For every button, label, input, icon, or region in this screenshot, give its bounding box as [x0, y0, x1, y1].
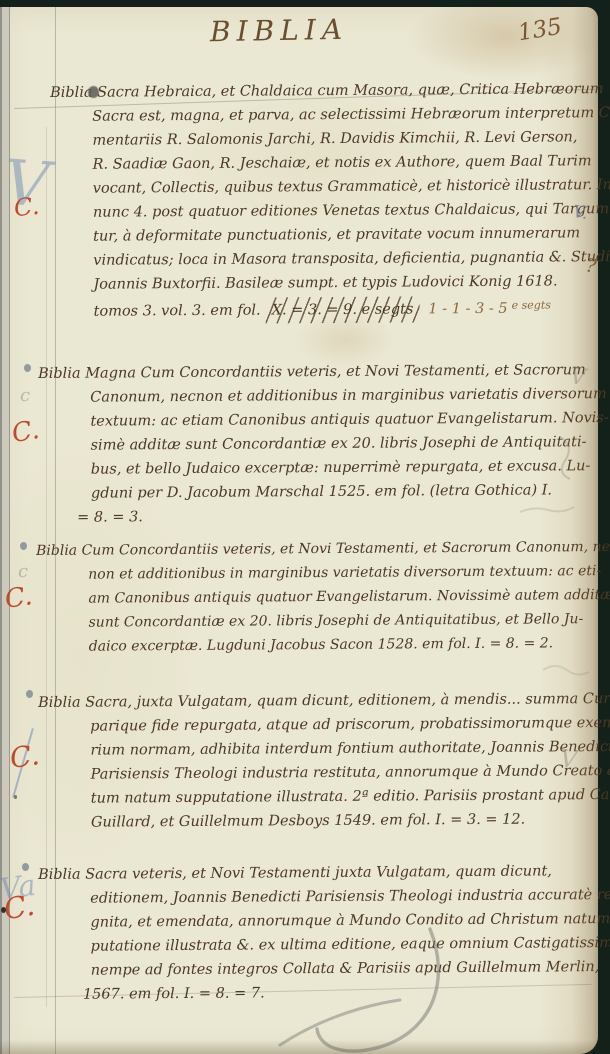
entry-price-line: = 8. = 3. — [39, 502, 609, 530]
page-bottom-edge-shading — [0, 1040, 598, 1054]
catalog-entry-3: Biblia Cum Concordantiis veteris, et Nov… — [36, 535, 610, 659]
red-c-annotation: C. — [2, 891, 37, 925]
manuscript-page: BIBLIA 135 Biblia Sacra Hebraica, et Cha… — [0, 7, 598, 1054]
entry-marker-dot — [20, 542, 27, 550]
ink-speck — [14, 795, 17, 799]
red-c-annotation: C. — [10, 417, 41, 447]
entry-price-line: 1567. em fol. I. = 8. = 7. — [39, 979, 610, 1007]
ink-blot — [88, 86, 99, 98]
ink-speck — [1, 907, 6, 913]
pencil-c-annotation: c — [18, 563, 28, 581]
entry-line: nempe ad fontes integros Collata & Paris… — [39, 955, 610, 983]
catalog-entry-5: Biblia Sacra veteris, et Novi Testamenti… — [38, 859, 610, 1007]
entry-colophon-line: tomos 3. vol. 3. em fol.X. = 3. = 9. e s… — [52, 293, 610, 321]
catalog-entry-4: Biblia Sacra, juxta Vulgatam, quam dicun… — [38, 687, 610, 835]
page-right-edge-shading — [540, 7, 598, 1054]
revised-price: 1 - 1 - 3 - 5 — [428, 301, 507, 318]
pencil-c-annotation: c — [20, 387, 30, 405]
colophon-text: tomos 3. vol. 3. em fol. — [94, 303, 261, 320]
scan-background: BIBLIA 135 Biblia Sacra Hebraica, et Cha… — [0, 0, 610, 1054]
red-c-annotation: C. — [3, 583, 34, 613]
entry-line: Guillard, et Guillelmum Desboys 1549. em… — [39, 807, 610, 835]
pencil-flourish-cross — [280, 1000, 400, 1045]
entry-marker-dot — [26, 690, 33, 698]
red-c-annotation: C. — [8, 741, 41, 773]
entry-line: daico excerptæ. Lugduni Jacobus Sacon 15… — [37, 631, 610, 659]
entry-line: gduni per D. Jacobum Marschal 1525. em f… — [39, 478, 609, 506]
struck-price: X. = 3. = 9. e segts — [269, 301, 417, 318]
catalog-entry-1: Biblia Sacra Hebraica, et Chaldaica cum … — [50, 77, 610, 321]
entry-marker-dot — [24, 364, 31, 372]
page-header-title: BIBLIA — [0, 12, 558, 50]
catalog-entry-2: Biblia Magna Cum Concordantiis veteris, … — [38, 358, 609, 530]
red-c-annotation: C. — [13, 194, 41, 220]
